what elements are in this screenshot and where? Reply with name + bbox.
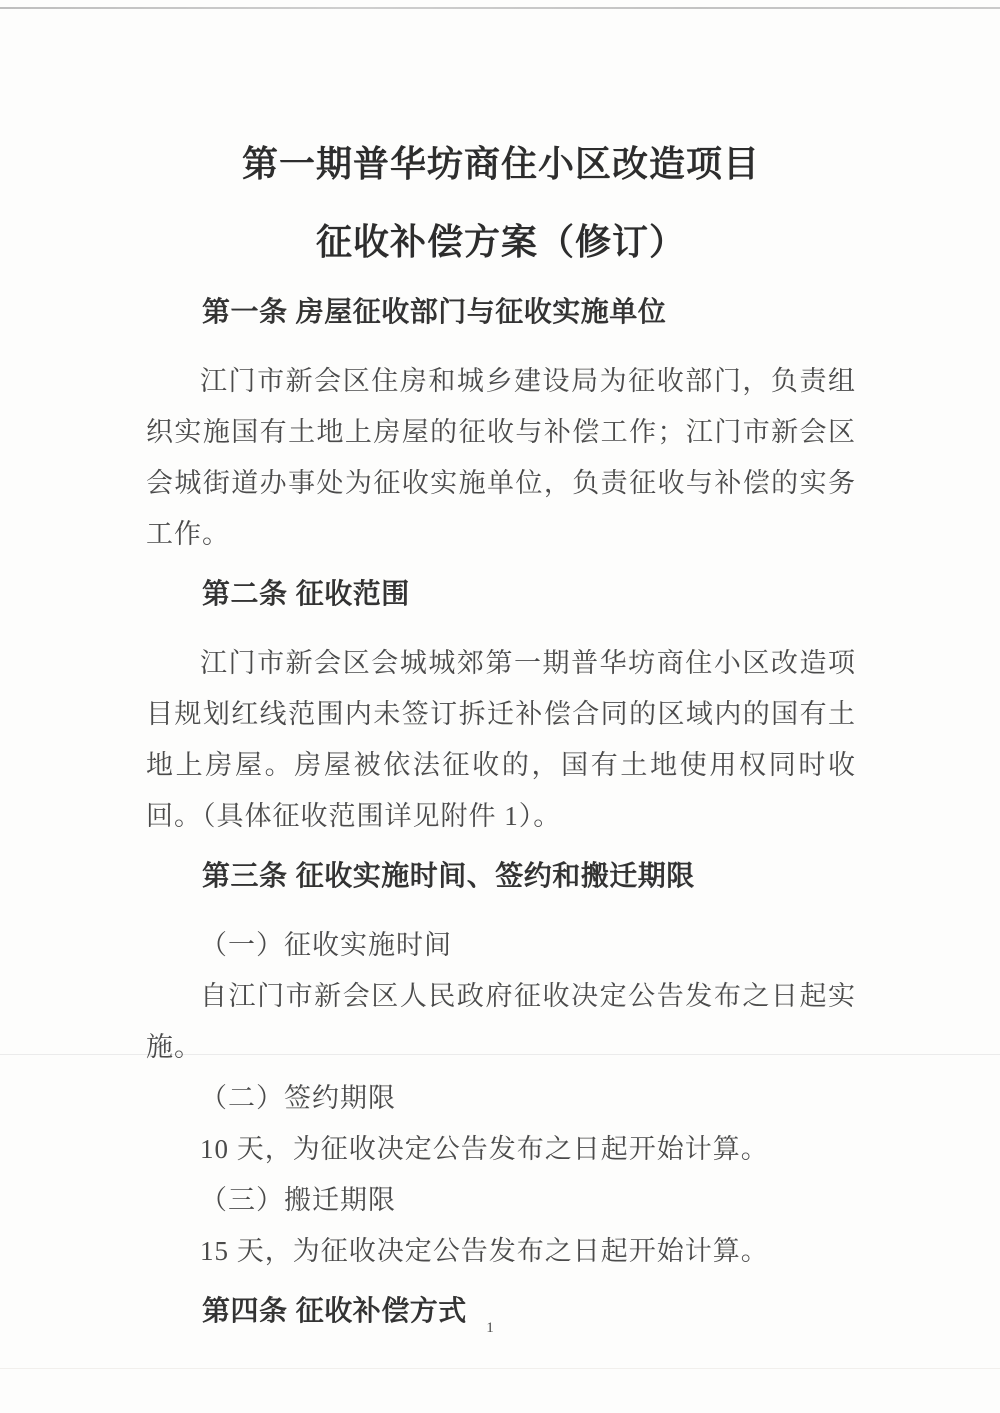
doc-title: 第一期普华坊商住小区改造项目: [146, 142, 856, 186]
section-3-heading: 第三条 征收实施时间、签约和搬迁期限: [146, 858, 856, 894]
section-2-paragraph: 江门市新会区会城城郊第一期普华坊商住小区改造项目规划红线范围内未签订拆迁补偿合同…: [146, 638, 856, 842]
page-number: 1: [0, 1320, 980, 1337]
section-1-paragraph: 江门市新会区住房和城乡建设局为征收部门，负责组织实施国有土地上房屋的征收与补偿工…: [146, 356, 856, 560]
scanned-document-page: 第一期普华坊商住小区改造项目 征收补偿方案（修订） 第一条 房屋征收部门与征收实…: [0, 0, 1000, 1413]
scan-artifact-line-bottom: [0, 1368, 1000, 1369]
section-2-heading: 第二条 征收范围: [146, 576, 856, 612]
section-3-item-2-text: 10 天，为征收决定公告发布之日起开始计算。: [146, 1124, 856, 1175]
doc-subtitle: 征收补偿方案（修订）: [146, 220, 856, 264]
section-3-item-1-text: 自江门市新会区人民政府征收决定公告发布之日起实施。: [146, 971, 856, 1073]
scan-edge-line-top: [0, 7, 1000, 9]
section-3-item-1-label: （一）征收实施时间: [146, 920, 856, 971]
document-body: 第一期普华坊商住小区改造项目 征收补偿方案（修订） 第一条 房屋征收部门与征收实…: [146, 142, 856, 1355]
section-3-item-3-text: 15 天，为征收决定公告发布之日起开始计算。: [146, 1226, 856, 1277]
section-3-item-2-label: （二）签约期限: [146, 1073, 856, 1124]
section-1-heading: 第一条 房屋征收部门与征收实施单位: [146, 294, 856, 330]
section-3-item-3-label: （三）搬迁期限: [146, 1175, 856, 1226]
